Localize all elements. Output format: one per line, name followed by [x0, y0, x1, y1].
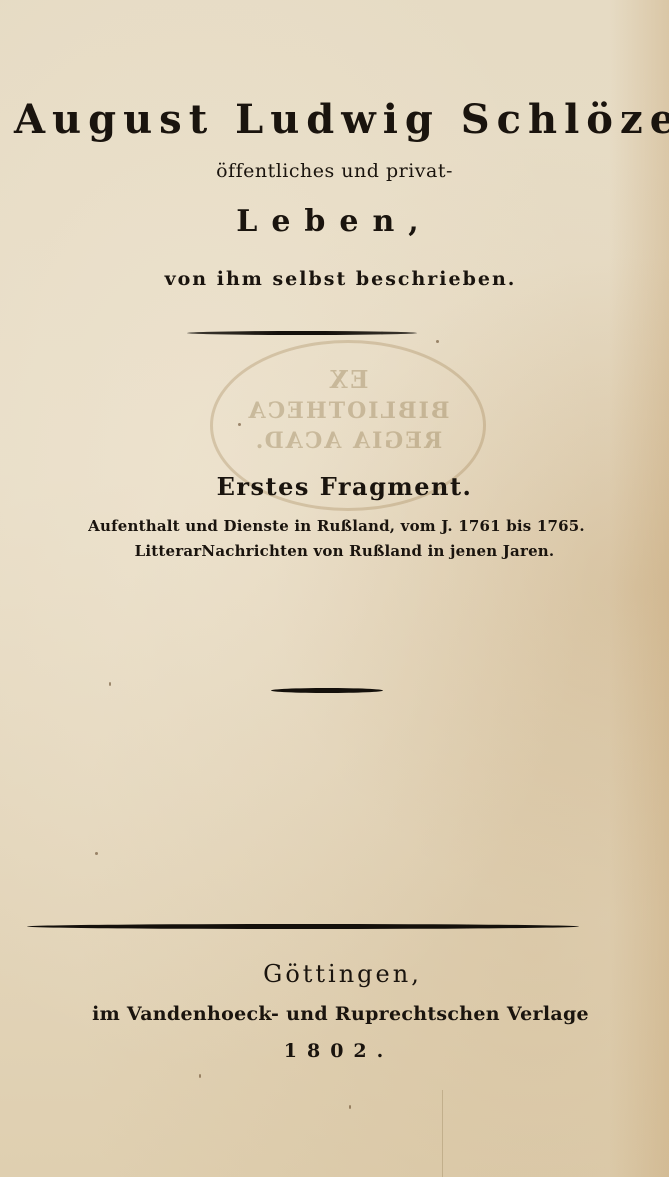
stamp-line-3: REGIA ACAD. — [213, 428, 483, 454]
ink-speck — [349, 1105, 351, 1109]
bottom-rule-divider — [27, 924, 579, 929]
byline: von ihm selbst beschrieben. — [6, 268, 669, 290]
contents-line-2: LitterarNachrichten von Rußland in jenen… — [10, 542, 669, 560]
stamp-line-2: BIBLIOTHECA — [213, 398, 483, 424]
middle-rule-divider — [271, 688, 383, 693]
imprint-publisher: im Vandenhoeck- und Ruprechtschen Verlag… — [6, 1003, 669, 1025]
subtitle-line: öffentliches und privat- — [0, 160, 669, 182]
title-page: EX BIBLIOTHECA REGIA ACAD. August Ludwig… — [0, 0, 669, 1177]
ink-speck — [436, 340, 439, 343]
imprint-city: Göttingen, — [8, 960, 669, 988]
author-line: August Ludwig Schlözer's — [14, 96, 669, 143]
title-word: Leben, — [0, 204, 669, 239]
stamp-line-1: EX — [213, 365, 483, 394]
top-rule-divider — [187, 331, 417, 335]
ink-speck — [199, 1074, 201, 1078]
ink-speck — [109, 682, 111, 686]
imprint-year: 1802. — [4, 1040, 669, 1062]
ink-speck — [95, 852, 98, 855]
ink-speck — [238, 423, 241, 426]
contents-line-1: Aufenthalt und Dienste in Rußland, vom J… — [2, 517, 669, 535]
paper-crease — [442, 1090, 443, 1177]
part-heading: Erstes Fragment. — [10, 472, 669, 501]
